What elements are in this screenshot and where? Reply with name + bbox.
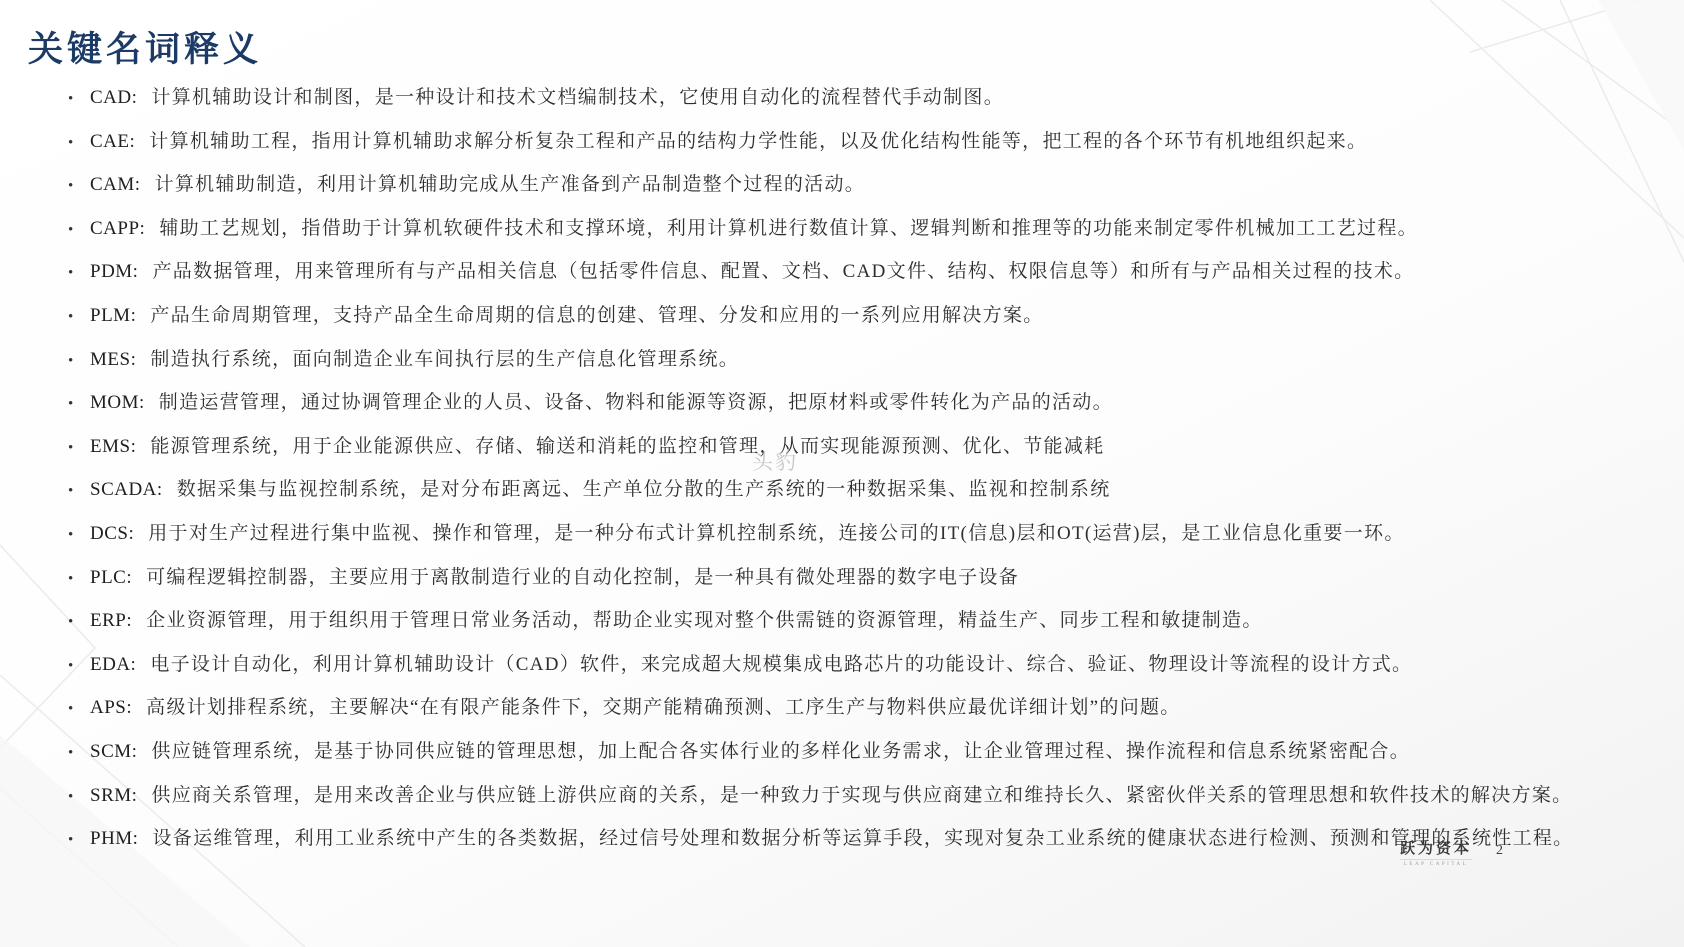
definitions-list: • CAD: 计算机辅助设计和制图，是一种设计和技术文档编制技术，它使用自动化的… xyxy=(0,86,1684,871)
definition-text: 数据采集与监视控制系统，是对分布距离远、生产单位分散的生产系统的一种数据采集、监… xyxy=(177,478,1111,502)
definition-item: • CAE: 计算机辅助工程，指用计算机辅助求解分析复杂工程和产品的结构力学性能… xyxy=(68,130,1654,155)
footer: 跃为资本 LEAP CAPITAL 2 xyxy=(1400,841,1503,867)
definition-item: • EDA: 电子设计自动化，利用计算机辅助设计（CAD）软件，来完成超大规模集… xyxy=(68,653,1654,678)
definition-item: • EMS: 能源管理系统，用于企业能源供应、存储、输送和消耗的监控和管理，从而… xyxy=(68,435,1654,460)
term-label: DCS: xyxy=(90,522,134,546)
company-logo-subtext: LEAP CAPITAL xyxy=(1400,862,1472,867)
term-label: SCADA: xyxy=(90,478,163,502)
definition-text: 制造运营管理，通过协调管理企业的人员、设备、物料和能源等资源，把原材料或零件转化… xyxy=(159,391,1113,415)
bullet-icon: • xyxy=(68,567,90,591)
term-label: CAE: xyxy=(90,130,135,154)
bullet-icon: • xyxy=(68,261,90,285)
definition-text: 辅助工艺规划，指借助于计算机软硬件技术和支撑环境，利用计算机进行数值计算、逻辑判… xyxy=(159,217,1418,241)
term-label: PDM: xyxy=(90,260,138,284)
term-label: PHM: xyxy=(90,827,138,851)
bullet-icon: • xyxy=(68,610,90,634)
definition-text: 企业资源管理，用于组织用于管理日常业务活动，帮助企业实现对整个供需链的资源管理，… xyxy=(146,609,1263,633)
definition-text: 计算机辅助工程，指用计算机辅助求解分析复杂工程和产品的结构力学性能，以及优化结构… xyxy=(149,130,1367,154)
definition-item: • DCS: 用于对生产过程进行集中监视、操作和管理，是一种分布式计算机控制系统… xyxy=(68,522,1654,547)
term-label: MES: xyxy=(90,348,136,372)
definition-text: 设备运维管理，利用工业系统中产生的各类数据，经过信号处理和数据分析等运算手段，实… xyxy=(152,827,1573,851)
term-label: PLC: xyxy=(90,566,132,590)
term-label: ERP: xyxy=(90,609,132,633)
term-label: EMS: xyxy=(90,435,136,459)
definition-item: • CAM: 计算机辅助制造，利用计算机辅助完成从生产准备到产品制造整个过程的活… xyxy=(68,173,1654,198)
bullet-icon: • xyxy=(68,785,90,809)
definition-text: 能源管理系统，用于企业能源供应、存储、输送和消耗的监控和管理，从而实现能源预测、… xyxy=(150,435,1104,459)
term-label: CAPP: xyxy=(90,217,145,241)
term-label: MOM: xyxy=(90,391,145,415)
definition-text: 计算机辅助设计和制图，是一种设计和技术文档编制技术，它使用自动化的流程替代手动制… xyxy=(151,86,1004,110)
term-label: APS: xyxy=(90,696,132,720)
bullet-icon: • xyxy=(68,654,90,678)
bullet-icon: • xyxy=(68,523,90,547)
definition-item: • SCM: 供应链管理系统，是基于协同供应链的管理思想，加上配合各实体行业的多… xyxy=(68,740,1654,765)
bullet-icon: • xyxy=(68,218,90,242)
definition-item: • PDM: 产品数据管理，用来管理所有与产品相关信息（包括零件信息、配置、文档… xyxy=(68,260,1654,285)
definition-item: • CAD: 计算机辅助设计和制图，是一种设计和技术文档编制技术，它使用自动化的… xyxy=(68,86,1654,111)
bullet-icon: • xyxy=(68,305,90,329)
definition-item: • CAPP: 辅助工艺规划，指借助于计算机软硬件技术和支撑环境，利用计算机进行… xyxy=(68,217,1654,242)
company-logo: 跃为资本 LEAP CAPITAL xyxy=(1400,841,1472,867)
company-logo-text: 跃为资本 xyxy=(1400,841,1472,860)
definition-item: • SCADA: 数据采集与监视控制系统，是对分布距离远、生产单位分散的生产系统… xyxy=(68,478,1654,503)
bullet-icon: • xyxy=(68,479,90,503)
definition-item: • PLC: 可编程逻辑控制器，主要应用于离散制造行业的自动化控制，是一种具有微… xyxy=(68,566,1654,591)
bullet-icon: • xyxy=(68,174,90,198)
definition-text: 高级计划排程系统，主要解决“在有限产能条件下，交期产能精确预测、工序生产与物料供… xyxy=(146,696,1180,720)
bullet-icon: • xyxy=(68,392,90,416)
term-label: SCM: xyxy=(90,740,137,764)
bullet-icon: • xyxy=(68,349,90,373)
page-number: 2 xyxy=(1496,843,1503,859)
definition-item: • SRM: 供应商关系管理，是用来改善企业与供应链上游供应商的关系，是一种致力… xyxy=(68,784,1654,809)
term-label: SRM: xyxy=(90,784,137,808)
term-label: CAM: xyxy=(90,173,141,197)
bullet-icon: • xyxy=(68,828,90,852)
definition-text: 产品生命周期管理，支持产品全生命周期的信息的创建、管理、分发和应用的一系列应用解… xyxy=(150,304,1043,328)
definition-item: • MES: 制造执行系统，面向制造企业车间执行层的生产信息化管理系统。 xyxy=(68,348,1654,373)
definition-item: • ERP: 企业资源管理，用于组织用于管理日常业务活动，帮助企业实现对整个供需… xyxy=(68,609,1654,634)
definition-text: 制造执行系统，面向制造企业车间执行层的生产信息化管理系统。 xyxy=(150,348,739,372)
definition-item: • APS: 高级计划排程系统，主要解决“在有限产能条件下，交期产能精确预测、工… xyxy=(68,696,1654,721)
definition-text: 电子设计自动化，利用计算机辅助设计（CAD）软件，来完成超大规模集成电路芯片的功… xyxy=(150,653,1412,677)
definition-text: 可编程逻辑控制器，主要应用于离散制造行业的自动化控制，是一种具有微处理器的数字电… xyxy=(146,566,1019,590)
bullet-icon: • xyxy=(68,697,90,721)
definition-text: 产品数据管理，用来管理所有与产品相关信息（包括零件信息、配置、文档、CAD文件、… xyxy=(152,260,1414,284)
bullet-icon: • xyxy=(68,131,90,155)
term-label: PLM: xyxy=(90,304,136,328)
definition-text: 供应链管理系统，是基于协同供应链的管理思想，加上配合各实体行业的多样化业务需求，… xyxy=(151,740,1410,764)
page-title: 关键名词释义 xyxy=(28,22,262,72)
definition-text: 计算机辅助制造，利用计算机辅助完成从生产准备到产品制造整个过程的活动。 xyxy=(155,173,866,197)
term-label: EDA: xyxy=(90,653,136,677)
definition-text: 供应商关系管理，是用来改善企业与供应链上游供应商的关系，是一种致力于实现与供应商… xyxy=(151,784,1572,808)
definition-text: 用于对生产过程进行集中监视、操作和管理，是一种分布式计算机控制系统，连接公司的I… xyxy=(148,522,1404,546)
definition-item: • PLM: 产品生命周期管理，支持产品全生命周期的信息的创建、管理、分发和应用… xyxy=(68,304,1654,329)
bullet-icon: • xyxy=(68,87,90,111)
term-label: CAD: xyxy=(90,86,137,110)
bullet-icon: • xyxy=(68,741,90,765)
bullet-icon: • xyxy=(68,436,90,460)
definition-item: • MOM: 制造运营管理，通过协调管理企业的人员、设备、物料和能源等资源，把原… xyxy=(68,391,1654,416)
